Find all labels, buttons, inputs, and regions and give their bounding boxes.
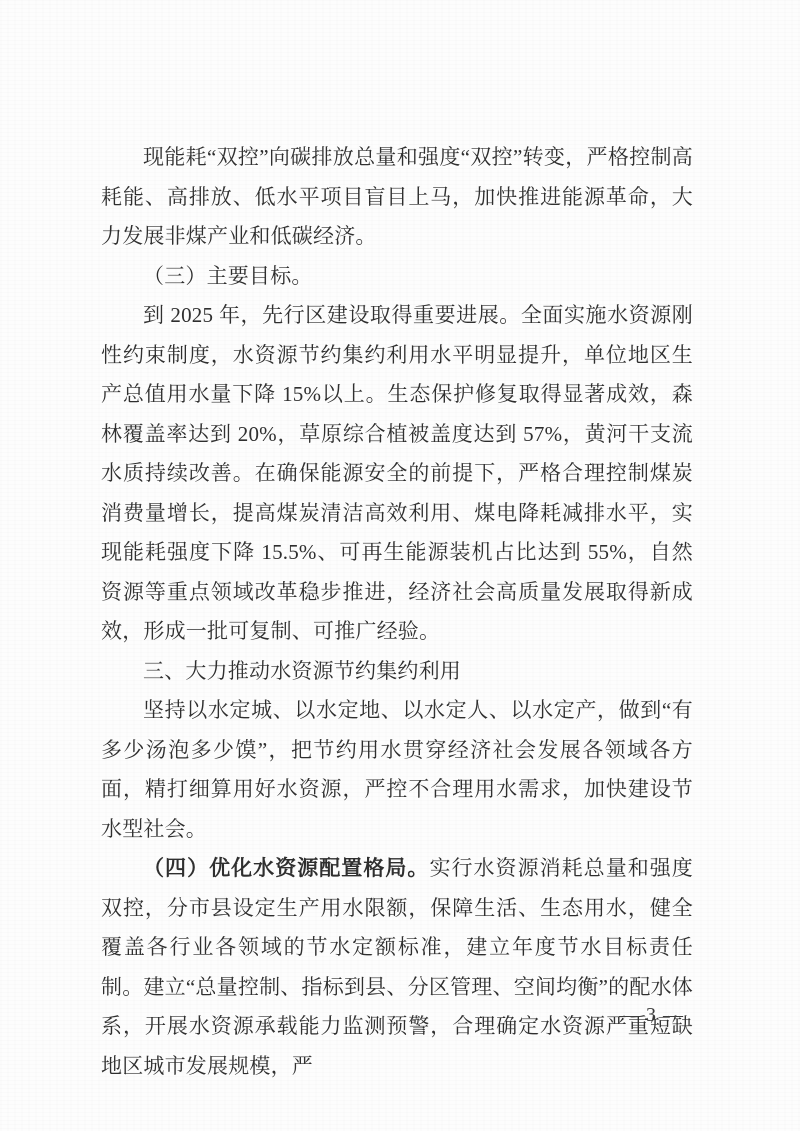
document-page: 现能耗“双控”向碳排放总量和强度“双控”转变，严格控制高耗能、高排放、低水平项目… [0,0,800,1131]
section-heading-water-conservation: 三、大力推动水资源节约集约利用 [101,652,693,692]
paragraph-2025-goals: 到 2025 年，先行区建设取得重要进展。全面实施水资源刚性约束制度，水资源节约… [101,296,693,652]
subsection-heading-main-goals: （三）主要目标。 [101,257,693,297]
paragraph-energy-dual-control: 现能耗“双控”向碳排放总量和强度“双控”转变，严格控制高耗能、高排放、低水平项目… [101,138,693,257]
paragraph-lead-body: 实行水资源消耗总量和强度双控，分市县设定生产用水限额，保障生活、生态用水，健全覆… [101,856,693,1078]
paragraph-water-principles: 坚持以水定城、以水定地、以水定人、以水定产，做到“有多少汤泡多少馍”，把节约用水… [101,691,693,849]
document-body: 现能耗“双控”向碳排放总量和强度“双控”转变，严格控制高耗能、高排放、低水平项目… [101,138,693,1086]
paragraph-bold-lead: （四）优化水资源配置格局。 [143,856,429,880]
paragraph-water-allocation: （四）优化水资源配置格局。实行水资源消耗总量和强度双控，分市县设定生产用水限额，… [101,849,693,1086]
page-number: — 3 — [619,1004,684,1026]
page-footer: — 3 — [619,1000,684,1030]
